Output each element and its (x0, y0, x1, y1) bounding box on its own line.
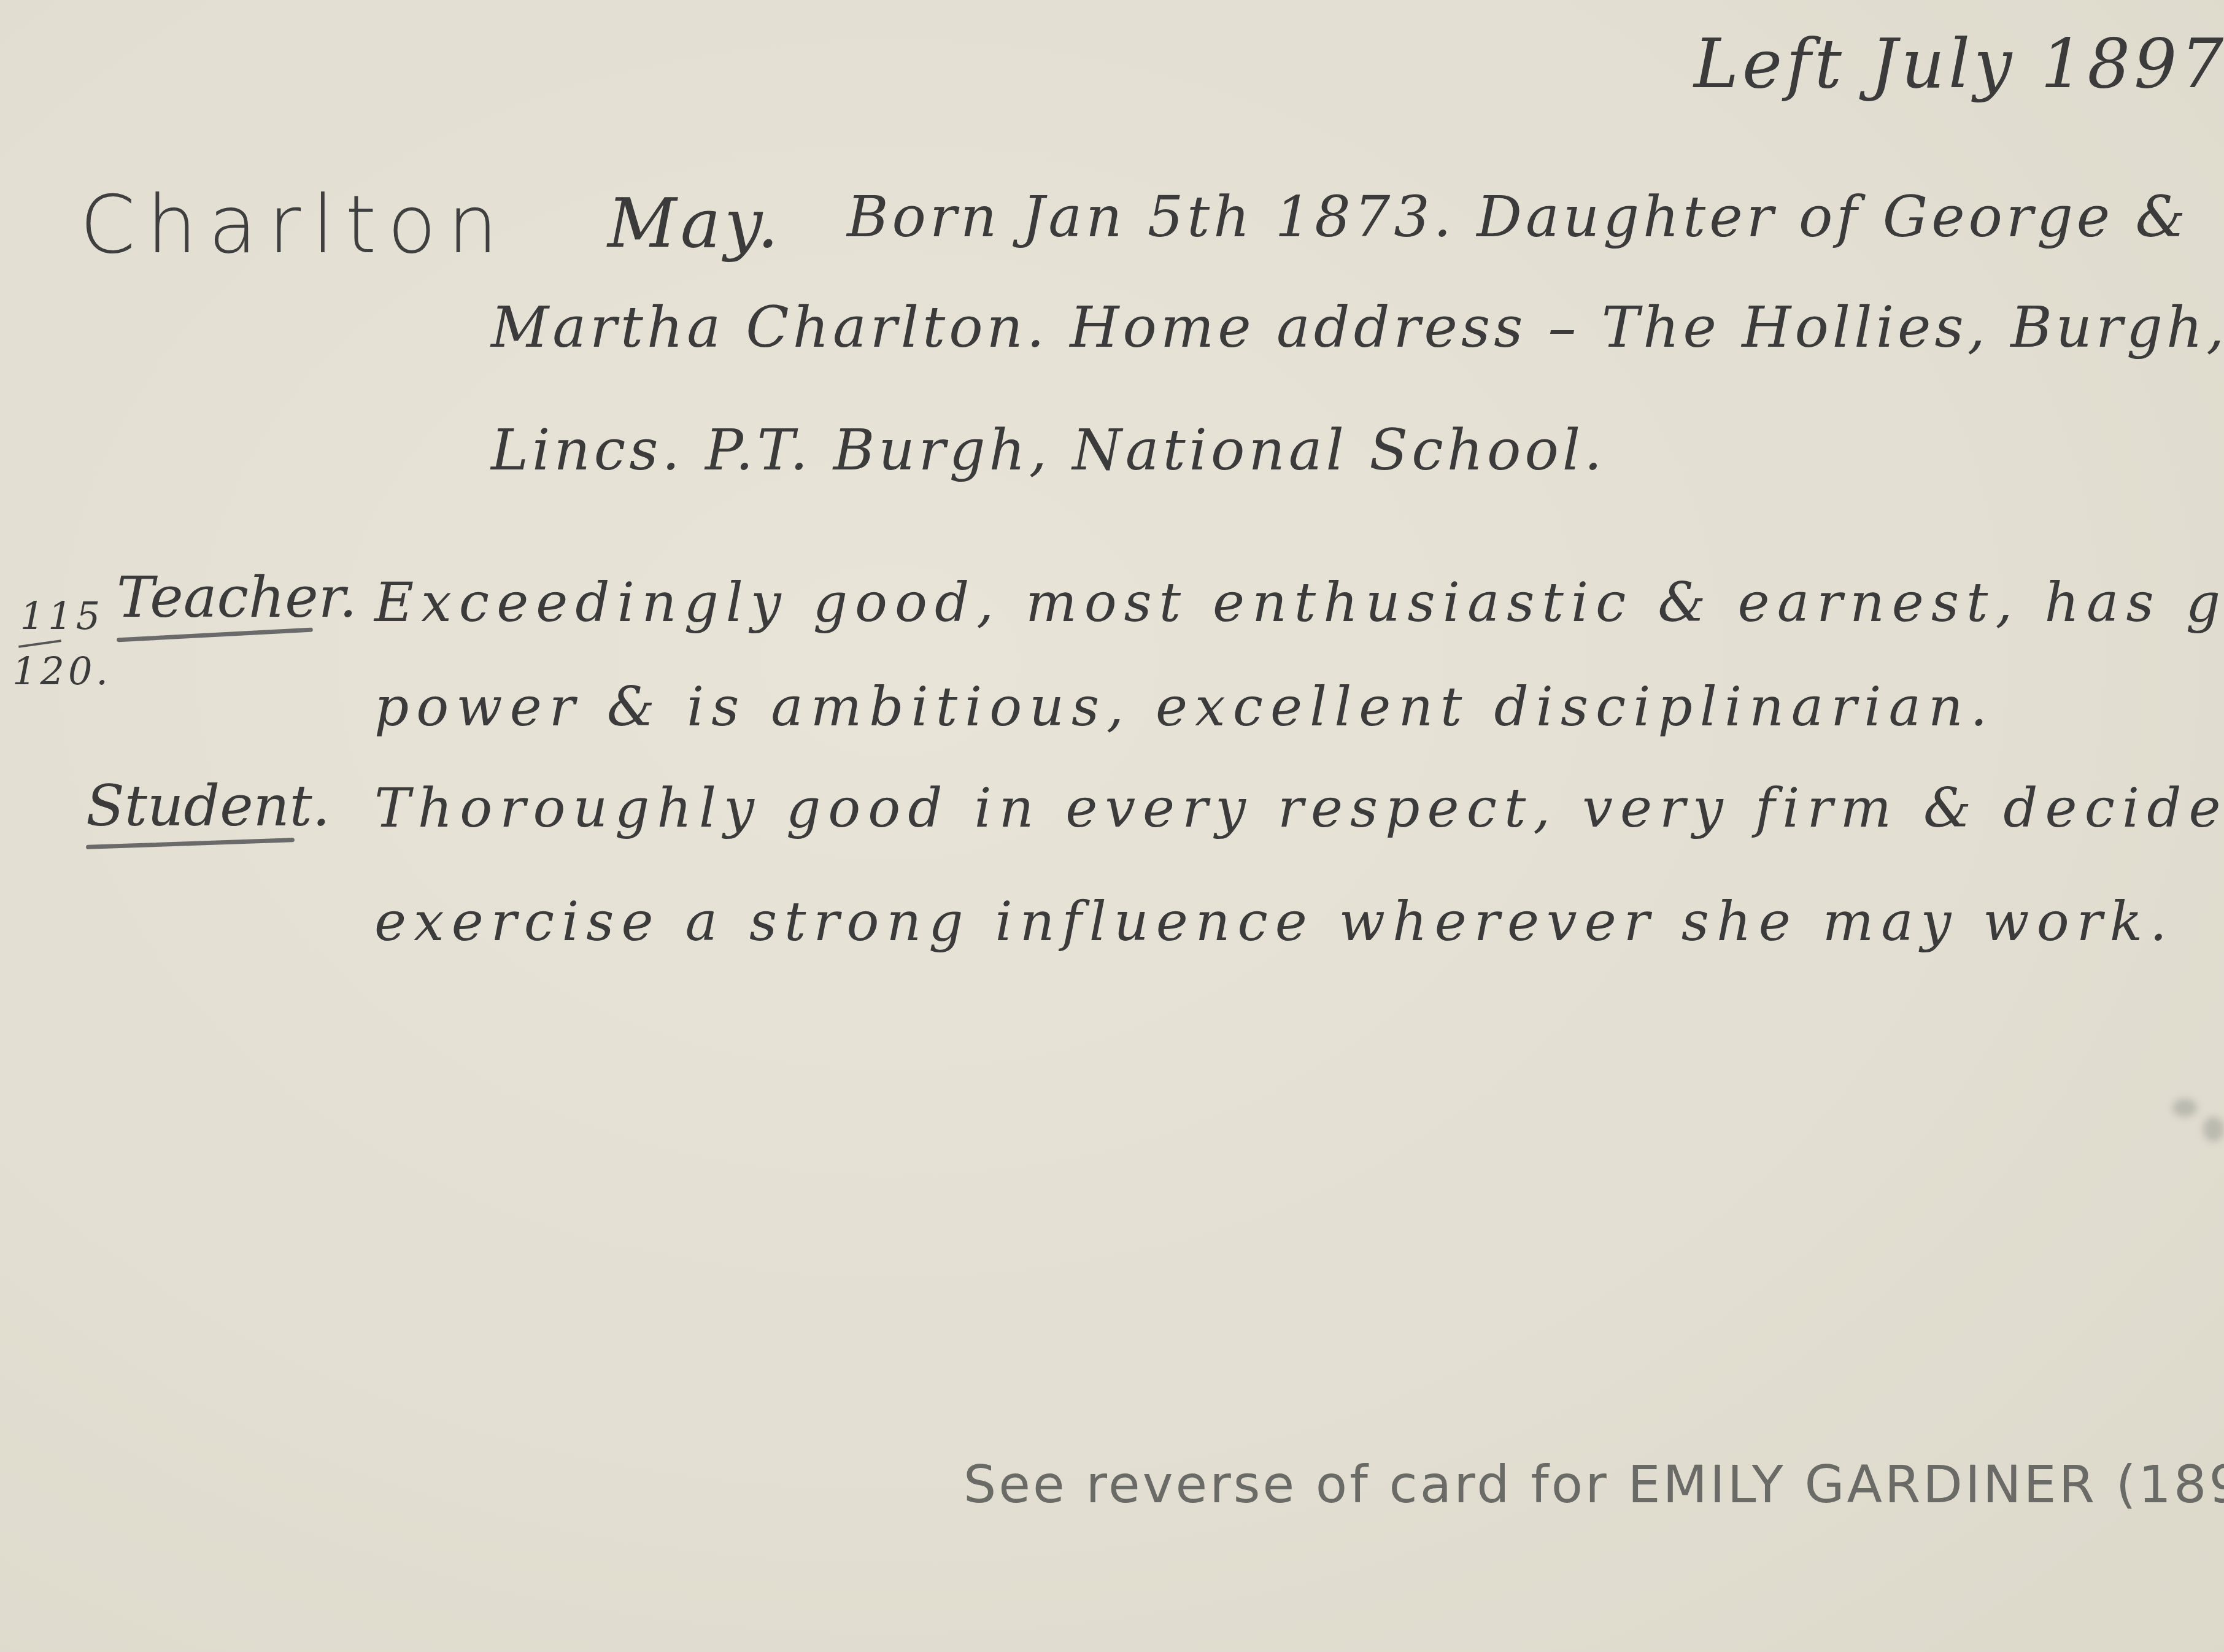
record-card: Left July 1897. Charlton May. Born Jan 5… (0, 0, 2224, 1652)
reverse-card-note: See reverse of card for EMILY GARDINER (… (963, 1454, 2224, 1515)
teacher-remark-line-1: Exceedingly good, most enthusiastic & ea… (374, 571, 2224, 634)
score-numerator: 115 (12, 592, 112, 640)
score-fraction: 115 120. (12, 592, 112, 695)
student-label: Student. (86, 773, 330, 839)
student-remark-line-1: Thoroughly good in every respect, very f… (374, 776, 2224, 840)
smudge-mark (2203, 1117, 2224, 1141)
student-underline (86, 838, 295, 849)
smudge-mark (2172, 1098, 2197, 1117)
left-date-note: Left July 1897. (1694, 25, 2224, 103)
teacher-remark-line-2: power & is ambitious, excellent discipli… (374, 675, 1995, 738)
surname: Charlton (80, 178, 509, 271)
forename: May. (608, 184, 782, 263)
school-line: Lincs. P.T. Burgh, National School. (491, 417, 1605, 483)
teacher-heading: Teacher. (117, 565, 319, 637)
teacher-label: Teacher. (117, 565, 357, 630)
fraction-bar (18, 639, 61, 648)
student-heading: Student. (86, 773, 307, 846)
home-address-line: Martha Charlton. Home address – The Holl… (491, 295, 2224, 360)
student-remark-line-2: exercise a strong influence wherever she… (374, 890, 2174, 953)
score-denominator: 120. (12, 647, 112, 695)
birth-parentage-line: Born Jan 5th 1873. Daughter of George & (847, 184, 2189, 250)
